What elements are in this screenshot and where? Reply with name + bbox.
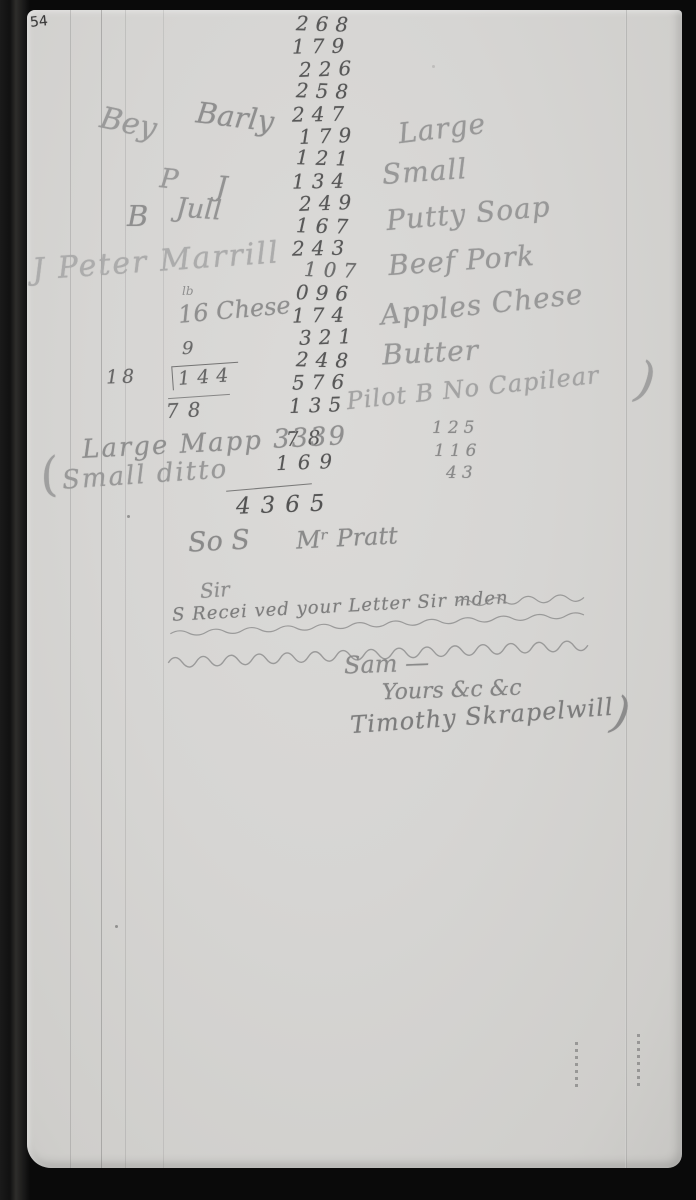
column-figure: 179: [292, 34, 352, 57]
column-figure: 134: [292, 168, 352, 191]
commodity-word: Small: [381, 152, 468, 191]
column-figure: 174: [292, 303, 352, 326]
column-figure: 107: [304, 257, 364, 281]
column-figure: 247: [292, 101, 352, 124]
column-total: 4365: [236, 490, 335, 519]
scanned-notebook-photo: { "photo": { "page_marker": "54" }, "ari…: [0, 0, 696, 1200]
ruled-line: [125, 10, 126, 1168]
side-figure: 116: [434, 441, 481, 461]
division-divisor: 18: [106, 365, 139, 388]
column-figure: 258: [296, 78, 356, 102]
division-quotient: 9: [182, 338, 193, 359]
column-figure: 121: [296, 146, 356, 170]
dust-speck: [115, 925, 118, 928]
side-figure: 43: [446, 463, 478, 483]
column-figure: 096: [296, 280, 356, 304]
letter-practice-b: B: [127, 199, 148, 233]
column-figure: 268: [296, 11, 356, 35]
column-figure: 249: [299, 190, 359, 214]
column-figure: 576: [292, 370, 352, 393]
column-figure: 167: [296, 213, 356, 237]
salutation: Sir: [199, 577, 230, 603]
ruled-line: [101, 10, 102, 1168]
page-number: 54: [29, 13, 48, 31]
dust-speck: [432, 65, 435, 68]
pencil-smudge: [575, 1042, 578, 1088]
word-jull: Jull: [175, 192, 223, 226]
commodity-word: Butter: [381, 333, 480, 371]
page-crease: [625, 10, 627, 1168]
letter-practice-p: P: [158, 163, 179, 196]
column-figure: 321: [299, 324, 359, 348]
addressee-line: Mʳ Pratt: [295, 521, 398, 554]
division-dividend: 144: [171, 362, 240, 391]
column-figure: 135: [289, 392, 349, 416]
division-remainder: 78: [165, 397, 210, 423]
pencil-smudge: [637, 1034, 640, 1090]
dust-speck: [127, 515, 130, 518]
monogram-practice: So S: [187, 524, 250, 558]
pound-superscript: lb: [182, 284, 194, 298]
sam-line: Sam —: [344, 649, 430, 680]
ruled-line: [70, 10, 71, 1168]
side-figure: 125: [432, 418, 479, 438]
column-figure: 226: [299, 56, 359, 80]
column-figure: 179: [299, 123, 359, 147]
addition-column: 268 179 226 258 247 179 121 134 249 167 …: [296, 12, 355, 415]
column-figure: 243: [292, 235, 352, 258]
column-figure: 248: [296, 347, 356, 371]
